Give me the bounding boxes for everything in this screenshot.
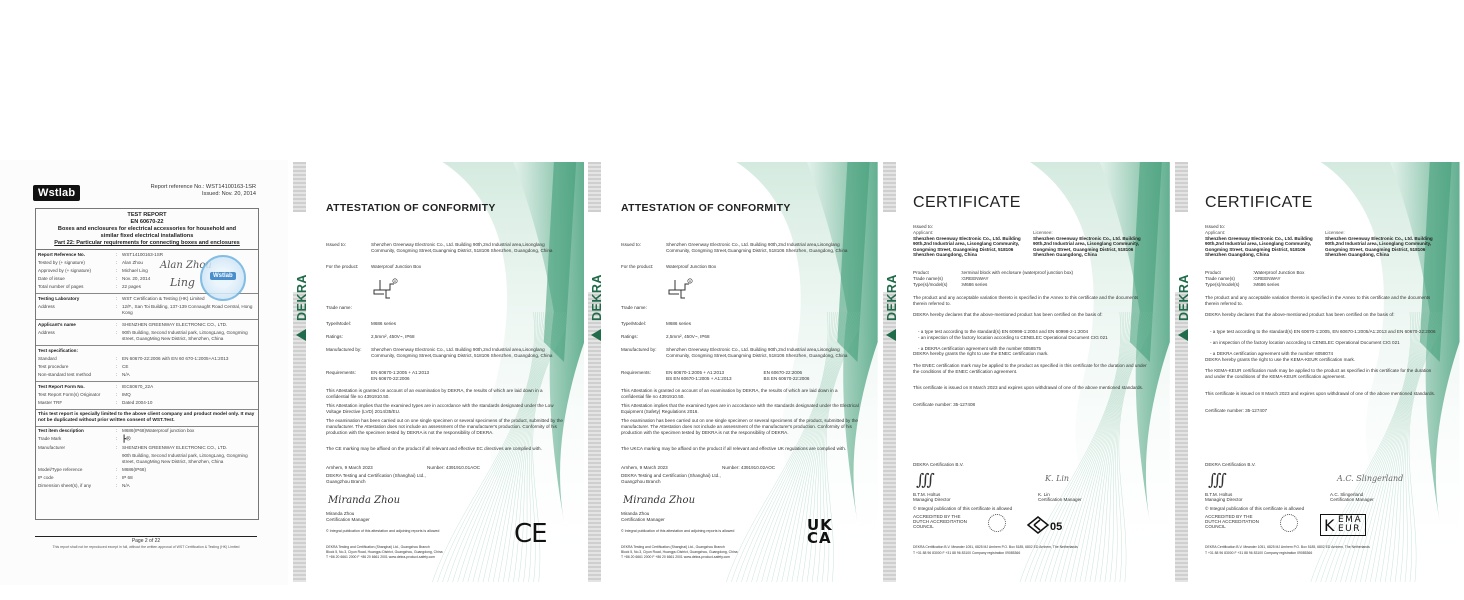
field-label: Trade Mark bbox=[38, 436, 116, 443]
dekra-logo: DEKRA bbox=[882, 212, 897, 292]
report-field: Dimension sheet(s), if any:N/A bbox=[36, 482, 258, 490]
field-value: 2,5mm², 450V~, IP68 bbox=[371, 334, 566, 340]
field-value: EN 60670-1:2005 + A1:2013EN 60670-22:200… bbox=[371, 370, 566, 382]
attestation-ukca: DEKRAATTESTATION OF CONFORMITYIssued to:… bbox=[585, 162, 878, 582]
place-date: Arnhem, 9 March 2023 bbox=[326, 465, 436, 471]
field-row: Issued to:Shenzhen Greenway Electronic C… bbox=[621, 242, 861, 254]
field-row: Trade name: bbox=[621, 305, 861, 311]
field-label: For the product: bbox=[326, 264, 371, 270]
report-section: Test specification:Standard:EN 60670-22:… bbox=[36, 346, 258, 382]
field-label: Approved by (+ signature) bbox=[38, 268, 116, 274]
trademark-logo-icon: R bbox=[667, 278, 693, 300]
certificate-paragraph: The KEMA-KEUR certification mark may be … bbox=[1205, 368, 1440, 380]
applicant-block: Applicant:Shenzhen Greenway Electronic C… bbox=[913, 230, 1033, 258]
field-label: Test Report Form No. bbox=[38, 384, 116, 390]
product-row: Type(s)/model(s): M686 series bbox=[913, 282, 1153, 288]
field-value: 2,5mm², 450V~, IP68 bbox=[666, 334, 861, 340]
attestation-paragraph: This Attestation is granted on account o… bbox=[326, 388, 564, 400]
wst-test-report: Wstlab Report reference No.: WST14100163… bbox=[0, 160, 288, 585]
field-row: Requirements:EN 60670-1:2005 + A1:2013EN… bbox=[621, 370, 861, 382]
field-label: Manufactured by: bbox=[326, 347, 371, 359]
field-value: N/A bbox=[122, 372, 256, 378]
issuer-name: DEKRA Testing and Certification (Shangha… bbox=[326, 473, 426, 485]
signer1-title: Managing Director bbox=[913, 497, 1013, 503]
dekra-logo: DEKRA bbox=[292, 212, 307, 292]
field-label: Testing Laboratory bbox=[38, 296, 116, 302]
certificate-paragraph: DEKRA hereby declares that the above-men… bbox=[1205, 312, 1440, 318]
requirement-standard: BS EN 60670-1:2005 + A1:2013 bbox=[666, 376, 764, 382]
report-field: Test Report Form No.:IEC60670_22A bbox=[36, 383, 258, 391]
dekra-wordmark: DEKRA bbox=[295, 277, 309, 321]
field-label: Type/Model: bbox=[326, 321, 371, 327]
field-label: Test Report Form(s) Originator bbox=[38, 392, 116, 398]
field-label: Report Reference No. bbox=[38, 252, 116, 258]
field-label: Date of issue bbox=[38, 276, 116, 282]
wstlab-logo: Wstlab bbox=[33, 185, 80, 201]
product-label: Type(s)/model(s) bbox=[913, 282, 961, 288]
signature-approver: Ling bbox=[170, 276, 195, 289]
signature: Miranda Zhou bbox=[328, 495, 400, 506]
field-row: Manufactured by:Shenzhen Greenway Electr… bbox=[326, 347, 566, 359]
field-label: Test specification: bbox=[38, 348, 116, 354]
signature-manager: K. Lin bbox=[1045, 474, 1069, 483]
report-field: Model/Type reference:M686(IP68) bbox=[36, 466, 258, 474]
ukca-line: CA bbox=[807, 532, 833, 545]
signer1-title: Managing Director bbox=[1205, 497, 1305, 503]
certificate-paragraph: DEKRA hereby grants the right to use the… bbox=[913, 351, 1148, 357]
product-value: M686 series bbox=[1254, 282, 1445, 288]
field-value bbox=[666, 305, 861, 311]
issuer-name: DEKRA Certification B.V. bbox=[1205, 462, 1443, 468]
field-value bbox=[371, 305, 566, 311]
ukca-mark-icon: UKCA bbox=[807, 519, 833, 545]
field-value: CE bbox=[122, 364, 256, 370]
signer2-title: Certification Manager bbox=[1038, 497, 1138, 503]
rva-accreditation-icon bbox=[988, 514, 1006, 532]
issuer-address: T +31 88 96 83000 F +31 88 96 83100 Comp… bbox=[913, 550, 1163, 556]
document-title: ATTESTATION OF CONFORMITY bbox=[326, 202, 496, 214]
trademark-icon: ┣® bbox=[122, 436, 130, 442]
field-row: For the product:Waterproof Junction Box bbox=[621, 264, 861, 270]
field-label: Issued to: bbox=[326, 242, 371, 254]
licensee-address: Shenzhen Greenway Electronic Co., Ltd. B… bbox=[1325, 236, 1445, 258]
field-label: Address bbox=[38, 304, 116, 316]
accreditation-text: COUNCIL bbox=[1205, 524, 1285, 530]
field-label: Address bbox=[38, 330, 116, 342]
field-label: For the product: bbox=[621, 264, 666, 270]
field-value: IEC60670_22A bbox=[122, 384, 256, 390]
issuer-address: T +31 88 96 83000 F +31 88 96 83100 Comp… bbox=[1205, 550, 1455, 556]
field-label: Tested by (+ signature) bbox=[38, 260, 116, 266]
field-label: Applicant's name bbox=[38, 322, 116, 328]
report-field: Test Report Form(s) Originator:IMQ bbox=[36, 391, 258, 399]
field-row: For the product:Waterproof Junction Box bbox=[326, 264, 566, 270]
requirement-standard: EN 60670-22:2006 bbox=[371, 376, 566, 382]
report-section: Applicant's name:SHENZHEN GREENWAY ELECT… bbox=[36, 320, 258, 346]
certificate-paragraph: DEKRA hereby grants the right to use the… bbox=[1205, 357, 1440, 363]
signer2-title: Certification Manager bbox=[1330, 497, 1430, 503]
dekra-triangle-icon bbox=[296, 329, 306, 341]
svg-text:05: 05 bbox=[1050, 521, 1062, 533]
product-value: M686 series bbox=[962, 282, 1153, 288]
field-value: SHENZHEN GREENWAY ELECTRONIC CO., LTD. bbox=[122, 445, 256, 451]
field-label: Test item description bbox=[38, 428, 116, 434]
issuer-name: DEKRA Testing and Certification (Shangha… bbox=[621, 473, 721, 485]
field-row: Manufactured by:Shenzhen Greenway Electr… bbox=[621, 347, 861, 359]
certificate-paragraph: This certificate is issued on 8 March 20… bbox=[1205, 391, 1440, 397]
attestation-paragraph: The CE marking may be affixed on the pro… bbox=[326, 446, 564, 452]
signature-manager: A.C. Slingerland bbox=[1337, 474, 1403, 483]
certificate-paragraph: DEKRA hereby declares that the above-men… bbox=[913, 312, 1148, 318]
applicant-block: Applicant:Shenzhen Greenway Electronic C… bbox=[1205, 230, 1325, 258]
dekra-wordmark: DEKRA bbox=[590, 277, 604, 321]
field-label: Model/Type reference bbox=[38, 467, 116, 473]
report-footer: Page 2 of 22 This report shall not be re… bbox=[35, 536, 257, 550]
attestation-number: Number: 4391910.01AOC bbox=[427, 465, 537, 471]
field-label: IP code bbox=[38, 475, 116, 481]
certificate-paragraph: - an inspection of the factory location … bbox=[918, 335, 1148, 341]
attestation-paragraph: The examination has been carried out on … bbox=[326, 418, 564, 436]
field-label: Requirements: bbox=[326, 370, 371, 382]
report-field: Test specification: bbox=[36, 347, 258, 355]
field-row: Issued to:Shenzhen Greenway Electronic C… bbox=[326, 242, 566, 254]
field-value: M686 series bbox=[371, 321, 566, 327]
field-row: Trade name: bbox=[326, 305, 566, 311]
field-value bbox=[122, 348, 256, 354]
certificate-paragraph: - an inspection of the factory location … bbox=[1210, 340, 1440, 346]
product-label: Type(s)/model(s) bbox=[1205, 282, 1253, 288]
applicant-address: Shenzhen Greenway Electronic Co., Ltd. B… bbox=[913, 236, 1033, 258]
document-title: CERTIFICATE bbox=[913, 194, 1021, 212]
issuer-address: T +86 20 6661 2000 F +86 20 6661 2001 ww… bbox=[621, 555, 859, 560]
attestation-paragraph: The UKCA marking may be affixed on the p… bbox=[621, 446, 859, 452]
field-row: Type/Model:M686 series bbox=[621, 321, 861, 327]
test-item-section: Test item description:M686(IP68)Waterpro… bbox=[36, 427, 258, 490]
field-label: Trade name: bbox=[326, 305, 371, 311]
report-reference: Report reference No.: WST14100163-1SR Is… bbox=[151, 184, 256, 198]
report-field: Test item description:M686(IP68)Waterpro… bbox=[36, 427, 258, 435]
licensee-address: Shenzhen Greenway Electronic Co., Ltd. B… bbox=[1033, 236, 1153, 258]
enec-mark-icon: 05 bbox=[1026, 515, 1072, 538]
report-field: IP code:IP 68 bbox=[36, 474, 258, 482]
certificate-paragraph: This certificate is issued on 8 March 20… bbox=[913, 385, 1148, 391]
attestation-ce: DEKRAATTESTATION OF CONFORMITYIssued to:… bbox=[290, 162, 584, 582]
field-row: Type/Model:M686 series bbox=[326, 321, 566, 327]
trademark-logo-icon: R bbox=[372, 278, 398, 300]
report-field: Manufacturer:SHENZHEN GREENWAY ELECTRONI… bbox=[36, 444, 258, 452]
dekra-wordmark: DEKRA bbox=[1177, 277, 1191, 321]
certificate-kema-keur: DEKRACERTIFICATEIssued to:Applicant:Shen… bbox=[1172, 162, 1460, 582]
field-value: ┣® bbox=[122, 436, 256, 443]
field-value: EN 60670-22:2006 with EN 60 670-1:2005+A… bbox=[122, 356, 256, 362]
report-field: Test procedure:CE bbox=[36, 363, 258, 371]
field-value: 90th Building, Second Industrial park, L… bbox=[122, 330, 256, 342]
dekra-logo: DEKRA bbox=[587, 212, 602, 292]
dekra-wordmark: DEKRA bbox=[885, 277, 899, 321]
field-value: M686(IP68) bbox=[122, 467, 256, 473]
attestation-paragraph: This Attestation is granted on account o… bbox=[621, 388, 859, 400]
document-title: CERTIFICATE bbox=[1205, 194, 1313, 212]
field-label: Total number of pages bbox=[38, 284, 116, 290]
certificate-paragraph: Certificate number: 35-127408 bbox=[913, 402, 1148, 408]
report-field: Address:12/F., San Toi Building, 137-139… bbox=[36, 303, 258, 317]
field-label: Master TRF bbox=[38, 400, 116, 406]
field-value: EN 60670-1:2005 + A1:2013EN 60670-22:200… bbox=[666, 370, 861, 382]
applicant-address: Shenzhen Greenway Electronic Co., Ltd. B… bbox=[1205, 236, 1325, 258]
field-value: IP 68 bbox=[122, 475, 256, 481]
field-label: Requirements: bbox=[621, 370, 666, 382]
report-field: Non-standard test method:N/A bbox=[36, 371, 258, 379]
field-value: Shenzhen Greenway Electronic Co., Ltd. B… bbox=[666, 242, 861, 254]
dekra-triangle-icon bbox=[591, 329, 601, 341]
field-value: M686(IP68)Waterproof junction box bbox=[122, 428, 256, 434]
report-field: Master TRF:Dated 2004-10 bbox=[36, 399, 258, 407]
field-label: Test procedure bbox=[38, 364, 116, 370]
ce-mark-icon: CE bbox=[514, 519, 547, 549]
field-value: Waterproof Junction Box bbox=[371, 264, 566, 270]
field-value: Shenzhen Greenway Electronic Co., Ltd. B… bbox=[666, 347, 861, 359]
kema-line: EUR bbox=[1338, 525, 1362, 534]
licensee-block: Licensee:Shenzhen Greenway Electronic Co… bbox=[1033, 230, 1153, 258]
field-value: 90th Building, Second Industrial park, L… bbox=[122, 453, 256, 465]
field-value: 12/F., San Toi Building, 137-139 Connaug… bbox=[122, 304, 256, 316]
dekra-triangle-icon bbox=[886, 329, 896, 341]
applicant-licensee: Applicant:Shenzhen Greenway Electronic C… bbox=[913, 230, 1153, 258]
licensee-block: Licensee:Shenzhen Greenway Electronic Co… bbox=[1325, 230, 1445, 258]
attestation-paragraph: The examination has been carried out on … bbox=[621, 418, 859, 436]
field-value: Shenzhen Greenway Electronic Co., Ltd. B… bbox=[371, 242, 566, 254]
certificate-enec: DEKRACERTIFICATEIssued to:Applicant:Shen… bbox=[880, 162, 1170, 582]
field-value: Waterproof Junction Box bbox=[666, 264, 861, 270]
field-label: Manufactured by: bbox=[621, 347, 666, 359]
field-value: IMQ bbox=[122, 392, 256, 398]
field-row: Ratings:2,5mm², 450V~, IP68 bbox=[326, 334, 566, 340]
report-field: Standard:EN 60670-22:2006 with EN 60 670… bbox=[36, 355, 258, 363]
kema-keur-mark-icon: KEMAEUR bbox=[1320, 514, 1366, 536]
certificate-paragraph: The product and any acceptable variation… bbox=[913, 295, 1148, 307]
applicant-licensee: Applicant:Shenzhen Greenway Electronic C… bbox=[1205, 230, 1445, 258]
field-label: Type/Model: bbox=[621, 321, 666, 327]
kema-k: K bbox=[1324, 521, 1336, 530]
report-field: Address:90th Building, Second Industrial… bbox=[36, 329, 258, 343]
report-notice: This test report is specially limited to… bbox=[36, 410, 258, 427]
field-value: N/A bbox=[122, 483, 256, 489]
certificate-paragraph: The product and any acceptable variation… bbox=[1205, 295, 1440, 307]
kema-text: EMAEUR bbox=[1338, 516, 1362, 534]
product-row: Type(s)/model(s): M686 series bbox=[1205, 282, 1445, 288]
report-field: Trade Mark:┣® bbox=[36, 435, 258, 444]
report-section: Test Report Form No.:IEC60670_22ATest Re… bbox=[36, 382, 258, 410]
certificate-paragraph: Certificate number: 35-127407 bbox=[1205, 408, 1440, 414]
attestation-number: Number: 4391910.02AOC bbox=[722, 465, 832, 471]
dekra-logo: DEKRA bbox=[1174, 212, 1189, 292]
signature-director: ∭ bbox=[1208, 470, 1227, 489]
rva-accreditation-icon bbox=[1280, 514, 1298, 532]
field-value: Shenzhen Greenway Electronic Co., Ltd. B… bbox=[371, 347, 566, 359]
dekra-triangle-icon bbox=[1178, 329, 1188, 341]
field-value: Dated 2004-10 bbox=[122, 400, 256, 406]
signature: Miranda Zhou bbox=[623, 495, 695, 506]
requirement-standard: BS EN 60670-22:2006 bbox=[764, 376, 862, 382]
certificate-paragraph: - a type test according to the standard(… bbox=[1210, 329, 1440, 335]
report-heading: TEST REPORTEN 60670-22Boxes and enclosur… bbox=[36, 209, 258, 250]
wstlab-stamp: Wstlab bbox=[200, 255, 246, 301]
report-field: 90th Building, Second Industrial park, L… bbox=[36, 452, 258, 466]
field-row: Requirements:EN 60670-1:2005 + A1:2013EN… bbox=[326, 370, 566, 382]
field-label: Trade name: bbox=[621, 305, 666, 311]
integral-note: © Integral publication of this certifica… bbox=[913, 506, 1151, 512]
field-row: Ratings:2,5mm², 450V~, IP68 bbox=[621, 334, 861, 340]
field-label: Standard bbox=[38, 356, 116, 362]
place-date: Arnhem, 9 March 2023 bbox=[621, 465, 731, 471]
field-value: SHENZHEN GREENWAY ELECTRONIC CO., LTD. bbox=[122, 322, 256, 328]
issuer-name: DEKRA Certification B.V. bbox=[913, 462, 1151, 468]
field-label: Manufacturer bbox=[38, 445, 116, 451]
field-label: Ratings: bbox=[326, 334, 371, 340]
field-label: Ratings: bbox=[621, 334, 666, 340]
accreditation-text: COUNCIL bbox=[913, 524, 993, 530]
attestation-paragraph: This Attestation implies that the examin… bbox=[621, 403, 859, 415]
field-label: Non-standard test method bbox=[38, 372, 116, 378]
field-label: Dimension sheet(s), if any bbox=[38, 483, 116, 489]
issuer-address: T +86 20 6661 2000 F +86 20 6661 2001 ww… bbox=[326, 555, 564, 560]
report-field: Applicant's name:SHENZHEN GREENWAY ELECT… bbox=[36, 321, 258, 329]
attestation-paragraph: This Attestation implies that the examin… bbox=[326, 403, 564, 415]
field-label: Issued to: bbox=[621, 242, 666, 254]
certificate-paragraph: The ENEC certification mark may be appli… bbox=[913, 363, 1148, 375]
field-value: M686 series bbox=[666, 321, 861, 327]
field-value: WST14100163-1SR bbox=[122, 252, 256, 258]
signature-director: ∭ bbox=[916, 470, 935, 489]
integral-note: © Integral publication of this certifica… bbox=[1205, 506, 1443, 512]
document-title: ATTESTATION OF CONFORMITY bbox=[621, 202, 791, 214]
